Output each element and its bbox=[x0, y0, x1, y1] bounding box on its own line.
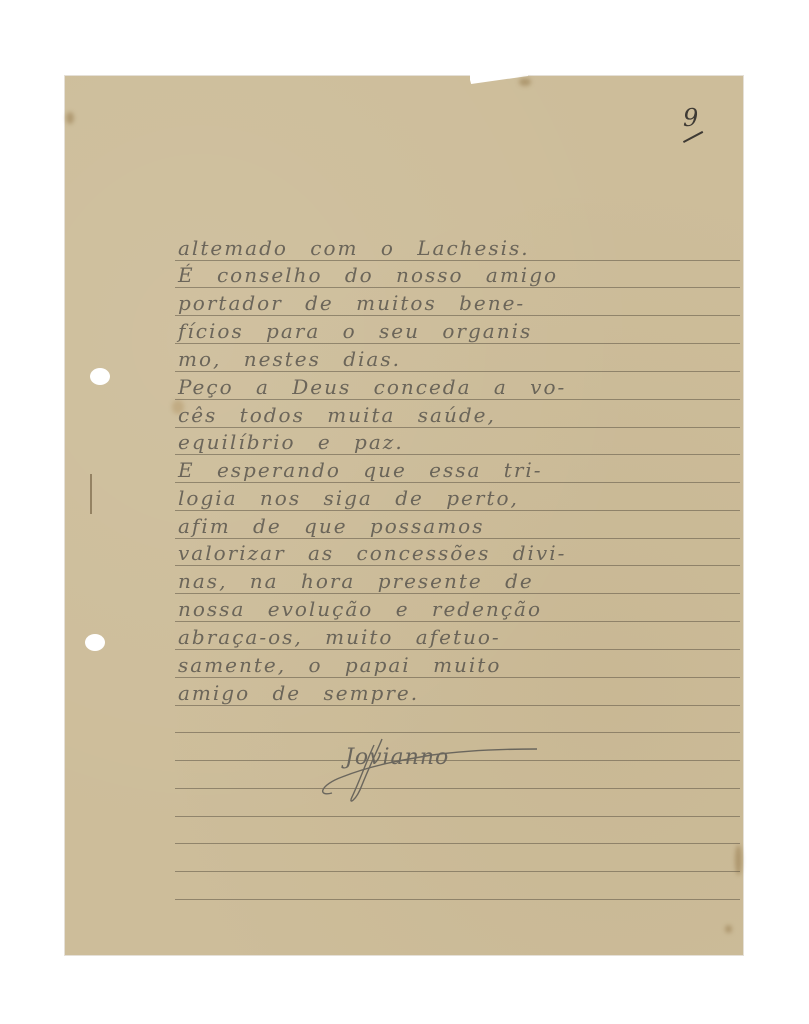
handwritten-line: altemado com o Lachesis. bbox=[178, 235, 738, 261]
ruled-line bbox=[175, 816, 740, 817]
handwritten-line: E esperando que essa tri- bbox=[178, 457, 738, 483]
handwritten-line: equilíbrio e paz. bbox=[178, 429, 738, 455]
handwritten-line: portador de muitos bene- bbox=[178, 290, 738, 316]
handwritten-line: samente, o papai muito bbox=[178, 652, 738, 678]
margin-mark bbox=[90, 474, 92, 514]
handwritten-line: abraça-os, muito afetuo- bbox=[178, 624, 738, 650]
handwritten-line: cês todos muita saúde, bbox=[178, 402, 738, 428]
stain bbox=[725, 925, 732, 933]
handwritten-line: amigo de sempre. bbox=[178, 680, 738, 706]
signature: Jovianno bbox=[345, 745, 449, 770]
handwritten-line: Peço a Deus conceda a vo- bbox=[178, 374, 738, 400]
ruled-line bbox=[175, 899, 740, 900]
handwritten-line: mo, nestes dias. bbox=[178, 346, 738, 372]
punch-hole bbox=[85, 634, 105, 651]
stain bbox=[66, 112, 74, 124]
handwritten-line: afim de que possamos bbox=[178, 513, 738, 539]
handwritten-line: É conselho do nosso amigo bbox=[178, 262, 738, 288]
ruled-line bbox=[175, 871, 740, 872]
ruled-line bbox=[175, 732, 740, 733]
ruled-line bbox=[175, 843, 740, 844]
punch-hole bbox=[90, 368, 110, 385]
handwritten-line: nas, na hora presente de bbox=[178, 568, 738, 594]
handwritten-line: valorizar as concessões divi- bbox=[178, 540, 738, 566]
stain bbox=[519, 78, 531, 86]
handwritten-line: logia nos siga de perto, bbox=[178, 485, 738, 511]
handwritten-line: nossa evolução e redenção bbox=[178, 596, 738, 622]
page-number: 9 bbox=[683, 104, 698, 132]
handwritten-line: fícios para o seu organis bbox=[178, 318, 738, 344]
